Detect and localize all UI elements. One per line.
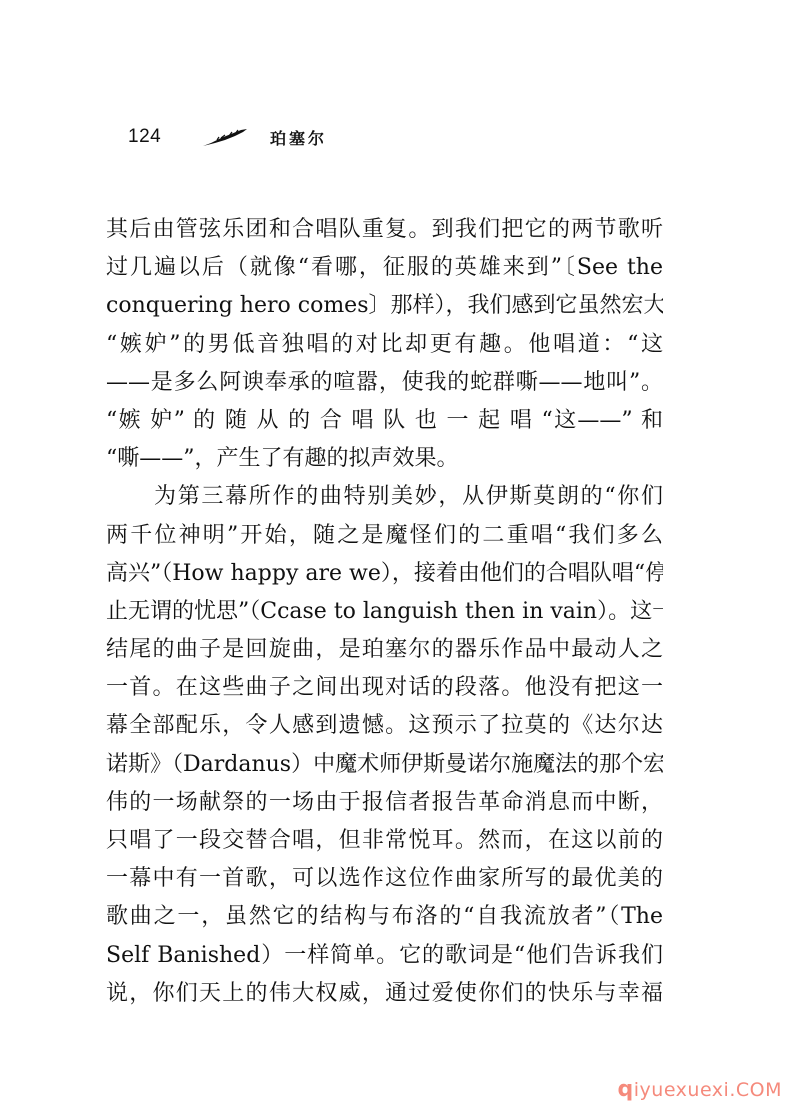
watermark-text: iyuexuexi.COM <box>634 1079 782 1101</box>
text-line: conquering hero comes〕那样），我们感到它虽然宏大，但 <box>106 287 663 325</box>
text-line: 诺斯》（Dardanus）中魔术师伊斯曼诺尔施魔法的那个宏 <box>106 746 663 784</box>
text-line: 一首。在这些曲子之间出现对话的段落。他没有把这一 <box>106 669 663 707</box>
page-number: 124 <box>128 126 161 148</box>
text-line: 两千位神明”开始，随之是魔怪们的二重唱“我们多么 <box>106 517 663 555</box>
page-header: 124 珀塞尔 <box>128 126 428 156</box>
text-line: 止无谓的忧思”（Ccase to languish then in vain）。… <box>106 593 663 631</box>
text-line: “嫉妒”的男低音独唱的对比却更有趣。他唱道：“这 <box>106 326 663 364</box>
text-line: 其后由管弦乐团和合唱队重复。到我们把它的两节歌听 <box>106 211 663 249</box>
paragraph-start-line: 为第三幕所作的曲特别美妙，从伊斯莫朗的“你们 <box>106 478 663 516</box>
text-line: 歌曲之一，虽然它的结构与布洛的“自我流放者”（The <box>106 898 663 936</box>
text-line: 一幕中有一首歌，可以选作这位作曲家所写的最优美的 <box>106 860 663 898</box>
text-line: 幕全部配乐，令人感到遗憾。这预示了拉莫的《达尔达 <box>106 707 663 745</box>
text-line: 伟的一场献祭的一场由于报信者报告革命消息而中断， <box>106 784 663 822</box>
text-line: 只唱了一段交替合唱，但非常悦耳。然而，在这以前的 <box>106 822 663 860</box>
text-line: 结尾的曲子是回旋曲，是珀塞尔的器乐作品中最动人之 <box>106 631 663 669</box>
text-line: “嫉 妒” 的 随 从 的 合 唱 队 也 一 起 唱 “这——” 和 <box>106 402 663 440</box>
quill-pen-icon <box>201 128 249 148</box>
text-line: Self Banished）一样简单。它的歌词是“他们告诉我们 <box>106 937 663 975</box>
body-text: 其后由管弦乐团和合唱队重复。到我们把它的两节歌听 过几遍以后（就像“看哪，征服的… <box>106 211 663 1013</box>
text-line: 过几遍以后（就像“看哪，征服的英雄来到”〔See the <box>106 249 663 287</box>
text-line: 说，你们天上的伟大权威，通过爱使你们的快乐与幸福 <box>106 975 663 1013</box>
site-watermark: qiyuexuexi.COM <box>618 1077 783 1102</box>
text-line: ——是多么阿谀奉承的喧嚣，使我的蛇群嘶——地叫”。 <box>106 364 663 402</box>
running-title: 珀塞尔 <box>270 126 327 149</box>
watermark-lead: q <box>618 1077 634 1102</box>
text-line: 高兴”（How happy are we），接着由他们的合唱队唱“停 <box>106 555 663 593</box>
text-line: “嘶——”，产生了有趣的拟声效果。 <box>106 440 663 478</box>
